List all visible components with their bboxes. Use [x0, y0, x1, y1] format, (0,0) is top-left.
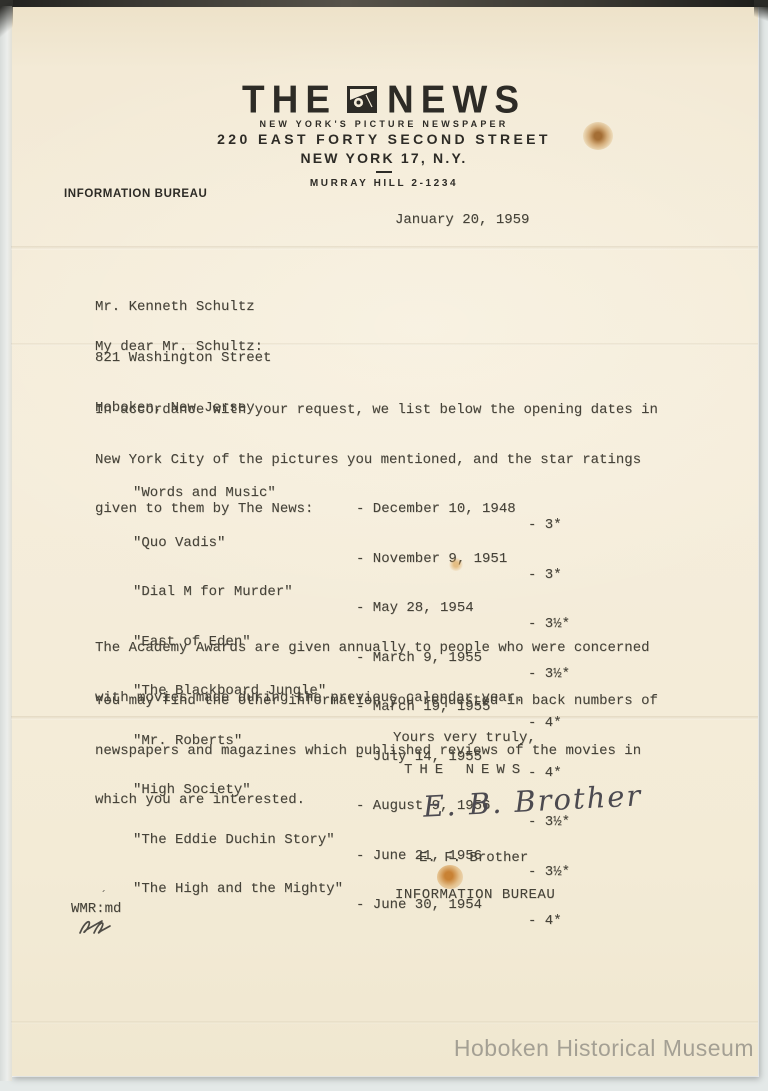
scan-top-edge: [0, 0, 768, 7]
movie-title: "Dial M for Murder": [133, 584, 293, 600]
museum-watermark: Hoboken Historical Museum: [454, 1035, 754, 1062]
movie-rating: - 4*: [528, 913, 562, 929]
movie-row: "Quo Vadis" - November 9, 1951 - 3*: [0, 519, 768, 537]
movie-row: "The High and the Mighty" - June 30, 195…: [0, 865, 768, 883]
scan-corner-right: [754, 0, 768, 26]
camera-logo-icon: [347, 80, 377, 122]
paragraph-line: In accordance with your request, we list…: [95, 402, 658, 420]
movie-row: "Words and Music" - December 10, 1948 - …: [0, 469, 768, 487]
paragraph-line: The Academy Awards are given annually to…: [95, 640, 650, 658]
masthead-the: THE: [242, 78, 337, 122]
movie-date: - November 9, 1951: [356, 551, 507, 567]
movie-title: "Quo Vadis": [133, 535, 225, 551]
typist-reference: WMR:md: [71, 901, 121, 917]
masthead-address: 220 EAST FORTY SECOND STREET: [0, 131, 768, 147]
stray-pen-mark: ´: [102, 888, 106, 902]
signer-typed-name: E. F. Brother: [419, 850, 528, 866]
masthead-title: THE NEWS: [0, 78, 768, 122]
movie-row: "Dial M for Murder" - May 28, 1954 - 3½*: [0, 568, 768, 586]
movie-date: - December 10, 1948: [356, 501, 516, 517]
company-signoff: THE NEWS: [404, 762, 527, 778]
scan-corner-left: [0, 0, 13, 40]
movie-title: "The High and the Mighty": [133, 881, 343, 897]
paragraph-line: You may find the other information you r…: [95, 693, 658, 711]
movie-title: "Words and Music": [133, 485, 276, 501]
signer-typed-title: INFORMATION BUREAU: [395, 887, 555, 903]
salutation: My dear Mr. Schultz:: [95, 339, 263, 355]
closing-line: Yours very truly,: [393, 730, 536, 746]
recipient-name: Mr. Kenneth Schultz: [95, 298, 271, 317]
masthead-tagline: NEW YORK'S PICTURE NEWSPAPER: [0, 119, 768, 129]
masthead-news: NEWS: [387, 78, 526, 122]
masthead-divider: [376, 171, 392, 173]
handwritten-initials: [76, 917, 118, 944]
scanned-letter: THE NEWS NEW YORK'S PICTURE NEWSPAPER 22…: [0, 0, 768, 1091]
masthead-city: NEW YORK 17, N.Y.: [0, 150, 768, 166]
letter-date: January 20, 1959: [395, 212, 529, 228]
paragraph-line: newspapers and magazines which published…: [95, 743, 658, 761]
information-bureau-label: INFORMATION BUREAU: [64, 188, 207, 200]
